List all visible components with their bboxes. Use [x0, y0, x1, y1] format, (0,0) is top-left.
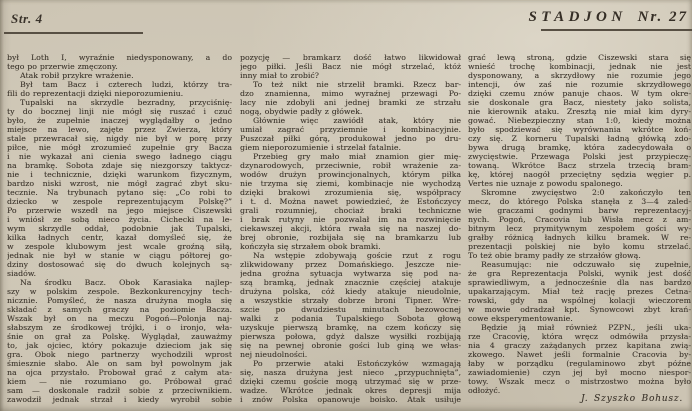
text-line: zawiadomienie) czyn jej był mocno niespo… [468, 368, 691, 377]
text-line: a wszystkie strzały dobrze broni Tipner.… [240, 296, 461, 305]
paragraph: pozycję — bramkarz dość łatwo likwidował… [240, 53, 461, 80]
text-line: nej nieudolności. [240, 350, 461, 359]
text-line: tecznie. Na trybunach pytano się: „Co ro… [7, 188, 232, 197]
text-line: wodów drużyn prowincjonalnych, którym pi… [240, 170, 461, 179]
text-line: i wniósł ze sobą nieco życia. Cichecki n… [7, 215, 232, 224]
text-line: tego po przerwie zmęczony. [7, 62, 232, 71]
author-signature: J. Szyszko Bohusz. [468, 395, 691, 404]
text-line: Skromne zwycięstwo 2:0 zakończyło ten [468, 188, 691, 197]
text-line: ciekawszej akcji, która rwała się na nas… [240, 224, 461, 233]
text-line: pozycję — bramkarz dość łatwo likwidował [240, 53, 461, 62]
paragraph: Tupalski na skrzydle bezradny, przyciśni… [7, 98, 232, 278]
text-line: wie graczami godnymi barw reprezentacyj- [468, 206, 691, 215]
text-line: giem nieporozumienie i strzelał fatalnie… [240, 143, 461, 152]
text-line: dzięki brakowi zrozumienia się, współpra… [240, 188, 461, 197]
text-line: gować. Niebezpieczny stan 1:0, kiedy moż… [468, 116, 691, 125]
text-line: walki z podania Tupalskiego Sobota głową [240, 314, 461, 323]
text-line: kiem — nie rozumiano go. Próbował grać [7, 377, 232, 386]
text-line: drużyna polska, cóż kiedy atakuje nieudo… [240, 287, 461, 296]
text-line: łaby w porządku (regulaminowo zbyt późne [468, 359, 691, 368]
text-line: Wszak był on na meczu Pogoń—Polonja naj- [7, 314, 232, 323]
text-line: wadze. Wkrótce jednak okres depresji mij… [240, 386, 461, 395]
text-line: nia 4 graczy zażądanych przez kapitana z… [468, 341, 691, 350]
text-line: prezentacji polskiej nie było komu strze… [468, 242, 691, 251]
text-line: dysponowany, a skrzydłowy nie rozumie je… [468, 71, 691, 80]
text-line: pierwsza połowa, gdyż dalsze wysiłki roz… [240, 332, 461, 341]
text-line: śmiesznie słabo. Ale on sam był powolnym… [7, 359, 232, 368]
text-line: i t. d. Można nawet powiedzieć, że Estoń… [240, 197, 461, 206]
text-line: wnieść trochę kombinacji, jednak nie jes… [468, 62, 691, 71]
text-line: Po przerwie wszedł na jego miejsce Cisze… [7, 206, 232, 215]
text-line: Atak robił przykre wrażenie. [7, 71, 232, 80]
paragraph: Po przerwie ataki Estończyków wzmagająsi… [240, 359, 461, 404]
text-line: fili do reprezentacji dzięki nieporozumi… [7, 89, 232, 98]
masthead-title: STADJON [528, 9, 626, 25]
paragraph: Na wstępie zdobywają goście rzut z roguz… [240, 251, 461, 359]
text-line: grali rozumniej, chociaż braki techniczn… [240, 206, 461, 215]
text-line: dziny dostosować się do dwuch kolejnych … [7, 260, 232, 269]
text-line: To też nikt nie strzelił bramki. Rzecz b… [240, 80, 461, 89]
paragraph: był Loth I, wyraźnie niedysponowany, a d… [7, 53, 232, 71]
text-line: że gra Reprezentacja Polski, wynik jest … [468, 269, 691, 278]
text-line: zlikwidowany przez Domańskiego. Jeszcze … [240, 260, 461, 269]
text-line: Na wstępie zdobywają goście rzut z rogu [240, 251, 461, 260]
text-line: jedna groźna sytuacja wytwarza się pod n… [240, 269, 461, 278]
text-line: cowe eksperymentowanie. [468, 314, 691, 323]
text-line: inny miał to zrobić? [240, 71, 461, 80]
text-line: stale przewracał się, nigdy nie był w po… [7, 134, 232, 143]
text-line: Na środku Bacz. Obok Karasiaka najlep- [7, 278, 232, 287]
text-line: kilka ładnych centr, kazał domyśleć się,… [7, 233, 232, 242]
text-line: rowski, gdy na wspólnej kolacji wieczore… [468, 296, 691, 305]
text-line: jego piłki. Jeśli Bacz nie mógł strzelać… [240, 62, 461, 71]
text-line: dziecko w zespole reprezentującym Polskę… [7, 197, 232, 206]
text-line: uzyskuje pierwszą bramkę, na czem kończy… [240, 323, 461, 332]
text-line: dzięki czemu goście mogą utrzymać się w … [240, 377, 461, 386]
text-column-1: był Loth I, wyraźnie niedysponowany, a d… [7, 53, 232, 404]
magazine-page: Str. 4 STADJONNr. 27 był Loth I, wyraźni… [0, 0, 692, 411]
text-line: na ojca przystało. Probował grać z całym… [7, 368, 232, 377]
article-body: był Loth I, wyraźnie niedysponowany, a d… [7, 53, 691, 404]
text-line: Był tam Bacz i czterech ludzi, którzy tr… [7, 80, 232, 89]
text-line: się, nasza drużyna jest nieco „przypuchn… [240, 368, 461, 377]
text-line: i znów Polska opanowuje boisko. Atak usi… [240, 395, 461, 404]
text-line: szą bramką, jednak znacznie częściej ata… [240, 278, 461, 287]
text-line: nie i technicznie, dzięki warunkom fizyc… [7, 170, 232, 179]
text-column-3: grać lewą stroną, gdzie Ciszewski stara … [468, 53, 691, 404]
text-line: śnie on grał za Polskę. Wyglądał, zauważ… [7, 332, 232, 341]
text-line: miejsce na lewo, zajęte przez Zwierza, k… [7, 125, 232, 134]
text-line: się na pewnej obronie gości lub giną we … [240, 341, 461, 350]
text-line: sprawiedliwym, a jednocześnie dla nas ba… [468, 278, 691, 287]
text-line: szcie po dwudziestu minutach bezowocnej [240, 305, 461, 314]
text-line: bardzo niski wzrost, nie mógł zagrać zby… [7, 179, 232, 188]
paragraph: Głównie więc zawiódł atak, który nieumia… [240, 116, 461, 152]
text-line: To też obie bramy padły ze strzałów głow… [468, 251, 691, 260]
text-line: i nie wykazał ani cienia swego ładnego c… [7, 152, 232, 161]
text-line: zawodził jednak strzał i kiedy wyrobił s… [7, 395, 232, 404]
text-line: kę, której naogół przeciętny sędzia węgi… [468, 170, 691, 179]
text-line: Będzie ją miał również PZPN., jeśli uka- [468, 323, 691, 332]
paragraph: Na środku Bacz. Obok Karasiaka najlep-sz… [7, 278, 232, 404]
text-line: brej obronie, rozbijała się na bramkarzu… [240, 233, 461, 242]
paragraph: Będzie ją miał również PZPN., jeśli uka-… [468, 323, 691, 395]
text-line: był Loth I, wyraźnie niedysponowany, a d… [7, 53, 232, 62]
text-line: upakarzającym. Miał też rację prezes Cet… [468, 287, 691, 296]
text-line: ty do bocznej linji nie mógł się ruszać … [7, 107, 232, 116]
text-line: było, że zupełnie inaczej wyglądałby o j… [7, 116, 232, 125]
text-line: grałby różnicą ładnych kilku bramek. W r… [468, 233, 691, 242]
text-line: gra. Obok niego partnerzy wychodzili wpr… [7, 350, 232, 359]
text-line: sam — doskonale radził sobie z przeciwni… [7, 386, 232, 395]
text-line: nicznie. Pomyśleć, że nasza drużyna mogł… [7, 296, 232, 305]
paragraph: To też nikt nie strzelił bramki. Rzecz b… [240, 80, 461, 116]
text-line: mecz, do którego Polska stanęła z 3—4 za… [468, 197, 691, 206]
text-line: umiał zagrać przyziemnie i kombinacyjnie… [240, 125, 461, 134]
text-line: Głównie więc zawiódł atak, który nie [240, 116, 461, 125]
text-line: Reasumując: nie odczuwało się zupełnie, [468, 260, 691, 269]
text-line: Vertes nie uznaje z powodu spalonego. [468, 179, 691, 188]
text-line: składać z samych graczy na poziomie Bacz… [7, 305, 232, 314]
text-line: zkowego. Nawet jeśli formalnie Cracovia … [468, 350, 691, 359]
page-number: Str. 4 [11, 11, 43, 27]
text-line: było spodziewać się wyrównania wkrótce k… [468, 125, 691, 134]
paragraph: Reasumując: nie odczuwało się zupełnie,ż… [468, 260, 691, 323]
text-line: słabszym ze środkowej trójki, i o ironjo… [7, 323, 232, 332]
text-line: dzięki czemu znów panuje chaos. W tym ok… [468, 89, 691, 98]
text-line: rze Cracovię, która wręcz odmówiła przys… [468, 332, 691, 341]
text-line: Puszczał piłki górą, produkował jedno po… [240, 134, 461, 143]
issue-number: Nr. 27 [638, 9, 688, 25]
text-line: i brak rutyny nie pozwalał im na rozwini… [240, 215, 461, 224]
paragraph: grać lewą stroną, gdzie Ciszewski stara … [468, 53, 691, 188]
text-line: piłce, nie mógł zrozumieć zupełnie gry B… [7, 143, 232, 152]
header-rule-right [541, 29, 692, 31]
text-line: dzo znamienna, mimo wyraźnej przewagi Po… [240, 89, 461, 98]
header-rule-left [4, 32, 143, 34]
text-line: na bramkę. Sobota zdaje się niezgorszy t… [7, 161, 232, 170]
text-line: lacy nie zdobyli ani jednej bramki ze st… [240, 98, 461, 107]
text-line: Po przerwie ataki Estończyków wzmagają [240, 359, 461, 368]
text-line: nie kierownik ataku. Zresztą nie miał ki… [468, 107, 691, 116]
text-line: to, jak ojciec, który pokazuje dzieciom … [7, 341, 232, 350]
text-line: wym skrzydle oddał, podobnie jak Tupalsk… [7, 224, 232, 233]
text-line: dzynarodowych, przeciwnie, robił wrażeni… [240, 161, 461, 170]
text-line: nogą, obydwie padły z główek. [240, 107, 461, 116]
text-line: Tupalski na skrzydle bezradny, przyciśni… [7, 98, 232, 107]
text-line: kończyła się strzałem obok bramki. [240, 242, 461, 251]
text-line: intencji, ów zaś nie rozumie skrzydłoweg… [468, 80, 691, 89]
text-line: grać lewą stroną, gdzie Ciszewski stara … [468, 53, 691, 62]
text-line: w mowie odradzał kpt. Synowcowi zbyt kra… [468, 305, 691, 314]
text-line: siadów. [7, 269, 232, 278]
text-column-2: pozycję — bramkarz dość łatwo likwidował… [240, 53, 461, 404]
text-line: sie doskonale gra Bacz, niestety jako so… [468, 98, 691, 107]
text-line: bitnym lecz prymitywnym zespołem gości w… [468, 224, 691, 233]
paragraph: Atak robił przykre wrażenie. [7, 71, 232, 80]
text-line: nych. Pogoń, Cracovia lub Wisła mecz z a… [468, 215, 691, 224]
text-line: czy się. Z korneru Tupalski ładną główką… [468, 134, 691, 143]
text-line: nie trzyma się ziemi, kombinacje nie wyc… [240, 179, 461, 188]
text-line: zwycięstwie. Przewaga Polski jest przypi… [468, 152, 691, 161]
paragraph: Skromne zwycięstwo 2:0 zakończyło tenmec… [468, 188, 691, 260]
paragraph: Był tam Bacz i czterech ludzi, którzy tr… [7, 80, 232, 98]
text-line: jednak nie był w stanie w ciągu półtorej… [7, 251, 232, 260]
masthead: STADJONNr. 27 [528, 9, 688, 26]
text-line: towy. Wszak mecz o mistrzostwo można był… [468, 377, 691, 386]
text-line: Przebieg gry mało miał znamion gier mię- [240, 152, 461, 161]
text-line: w zespole klubowym jest wcale groźną sił… [7, 242, 232, 251]
text-line: szy w polskim zespole. Bezkonkurencyjny … [7, 287, 232, 296]
text-line: bywa drugą bramkę, która zadecydowała o [468, 143, 691, 152]
text-line: towaną. Wkrótce Bacz strzela trzecią bra… [468, 161, 691, 170]
paragraph: Przebieg gry mało miał znamion gier mię-… [240, 152, 461, 251]
